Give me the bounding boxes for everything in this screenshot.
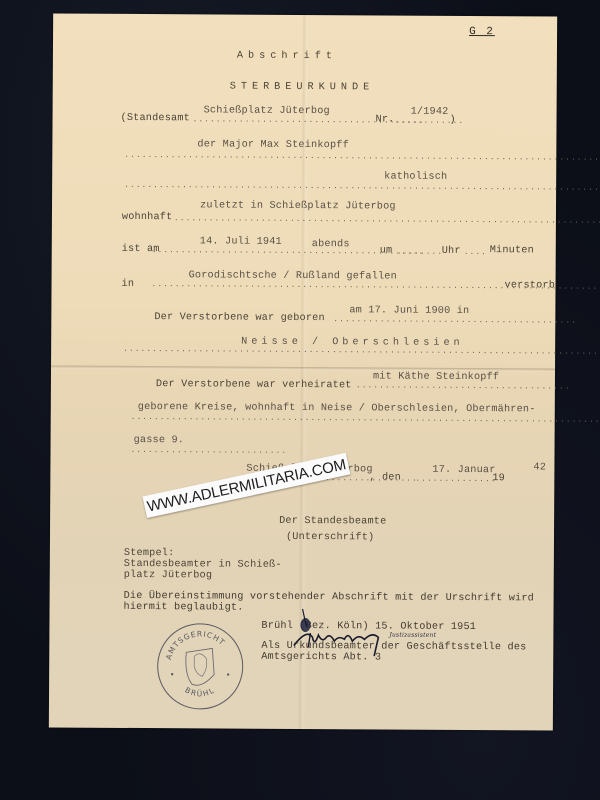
dotted-rule: ........................................… [123, 345, 600, 357]
reference-code: G 2 [469, 26, 495, 38]
deceased-name: der Major Max Steinkopff [197, 139, 349, 151]
residence: zuletzt in Schießplatz Jüterbog [200, 200, 396, 212]
issued-year-suffix: 42 [533, 462, 546, 473]
dotted-rule: ........................................… [131, 413, 600, 425]
death-minutes-label: Minuten [490, 245, 534, 256]
issued-den-label: , den [369, 472, 401, 483]
stamp-note-line1: Stempel: [124, 548, 175, 559]
death-hour-label: Uhr [442, 246, 461, 257]
birth-label: Der Verstorbene war geboren [154, 312, 325, 324]
svg-text:AMTSGERICHT: AMTSGERICHT [164, 629, 227, 661]
registrar-title: Der Standesbeamte [279, 516, 386, 528]
certification-line2: hiermit beglaubigt. [124, 602, 244, 614]
stamp-note-line3: platz Jüterbog [124, 570, 212, 582]
death-certificate-page: G 2 Abschrift STERBEURKUNDE (Standesamt … [49, 13, 557, 730]
signature-scrawl [292, 607, 432, 678]
dotted-rule: ........................................… [124, 181, 600, 193]
dotted-rule: ........................................… [174, 214, 600, 226]
registry-number-label: Nr. [376, 114, 395, 125]
dotted-rule: ........................................… [124, 151, 600, 163]
death-um-label: um [380, 245, 393, 256]
marriage-details-line2: gasse 9. [134, 435, 185, 446]
registry-prefix: (Standesamt [121, 113, 191, 124]
document-title: STERBEURKUNDE [230, 82, 375, 94]
watermark-sticker: WWW.ADLERMILITARIA.COM [142, 453, 350, 518]
religion: katholisch [384, 171, 447, 182]
court-stamp: AMTSGERICHT BRÜHL [157, 623, 244, 710]
registrar-signature-note: (Unterschrift) [286, 532, 374, 544]
marriage-label: Der Verstorbene war verheiratet [156, 379, 352, 391]
coat-of-arms-icon: AMTSGERICHT BRÜHL [158, 624, 243, 709]
residence-label: wohnhaft [122, 212, 173, 223]
document-heading: Abschrift [237, 51, 337, 63]
death-verb: verstorb [504, 280, 555, 291]
svg-text:BRÜHL: BRÜHL [183, 685, 216, 698]
dotted-rule: ........................... [130, 446, 287, 456]
issued-year-prefix: 19 [492, 473, 505, 484]
dotted-rule: ..................................... [356, 381, 571, 391]
death-place-label: in [121, 279, 134, 290]
dotted-rule: .... [464, 248, 487, 257]
dotted-rule: .............. [415, 475, 496, 484]
registry-suffix: ) [450, 115, 456, 126]
dotted-rule: ........ [397, 248, 443, 257]
dotted-rule: ........................................… [333, 315, 577, 325]
